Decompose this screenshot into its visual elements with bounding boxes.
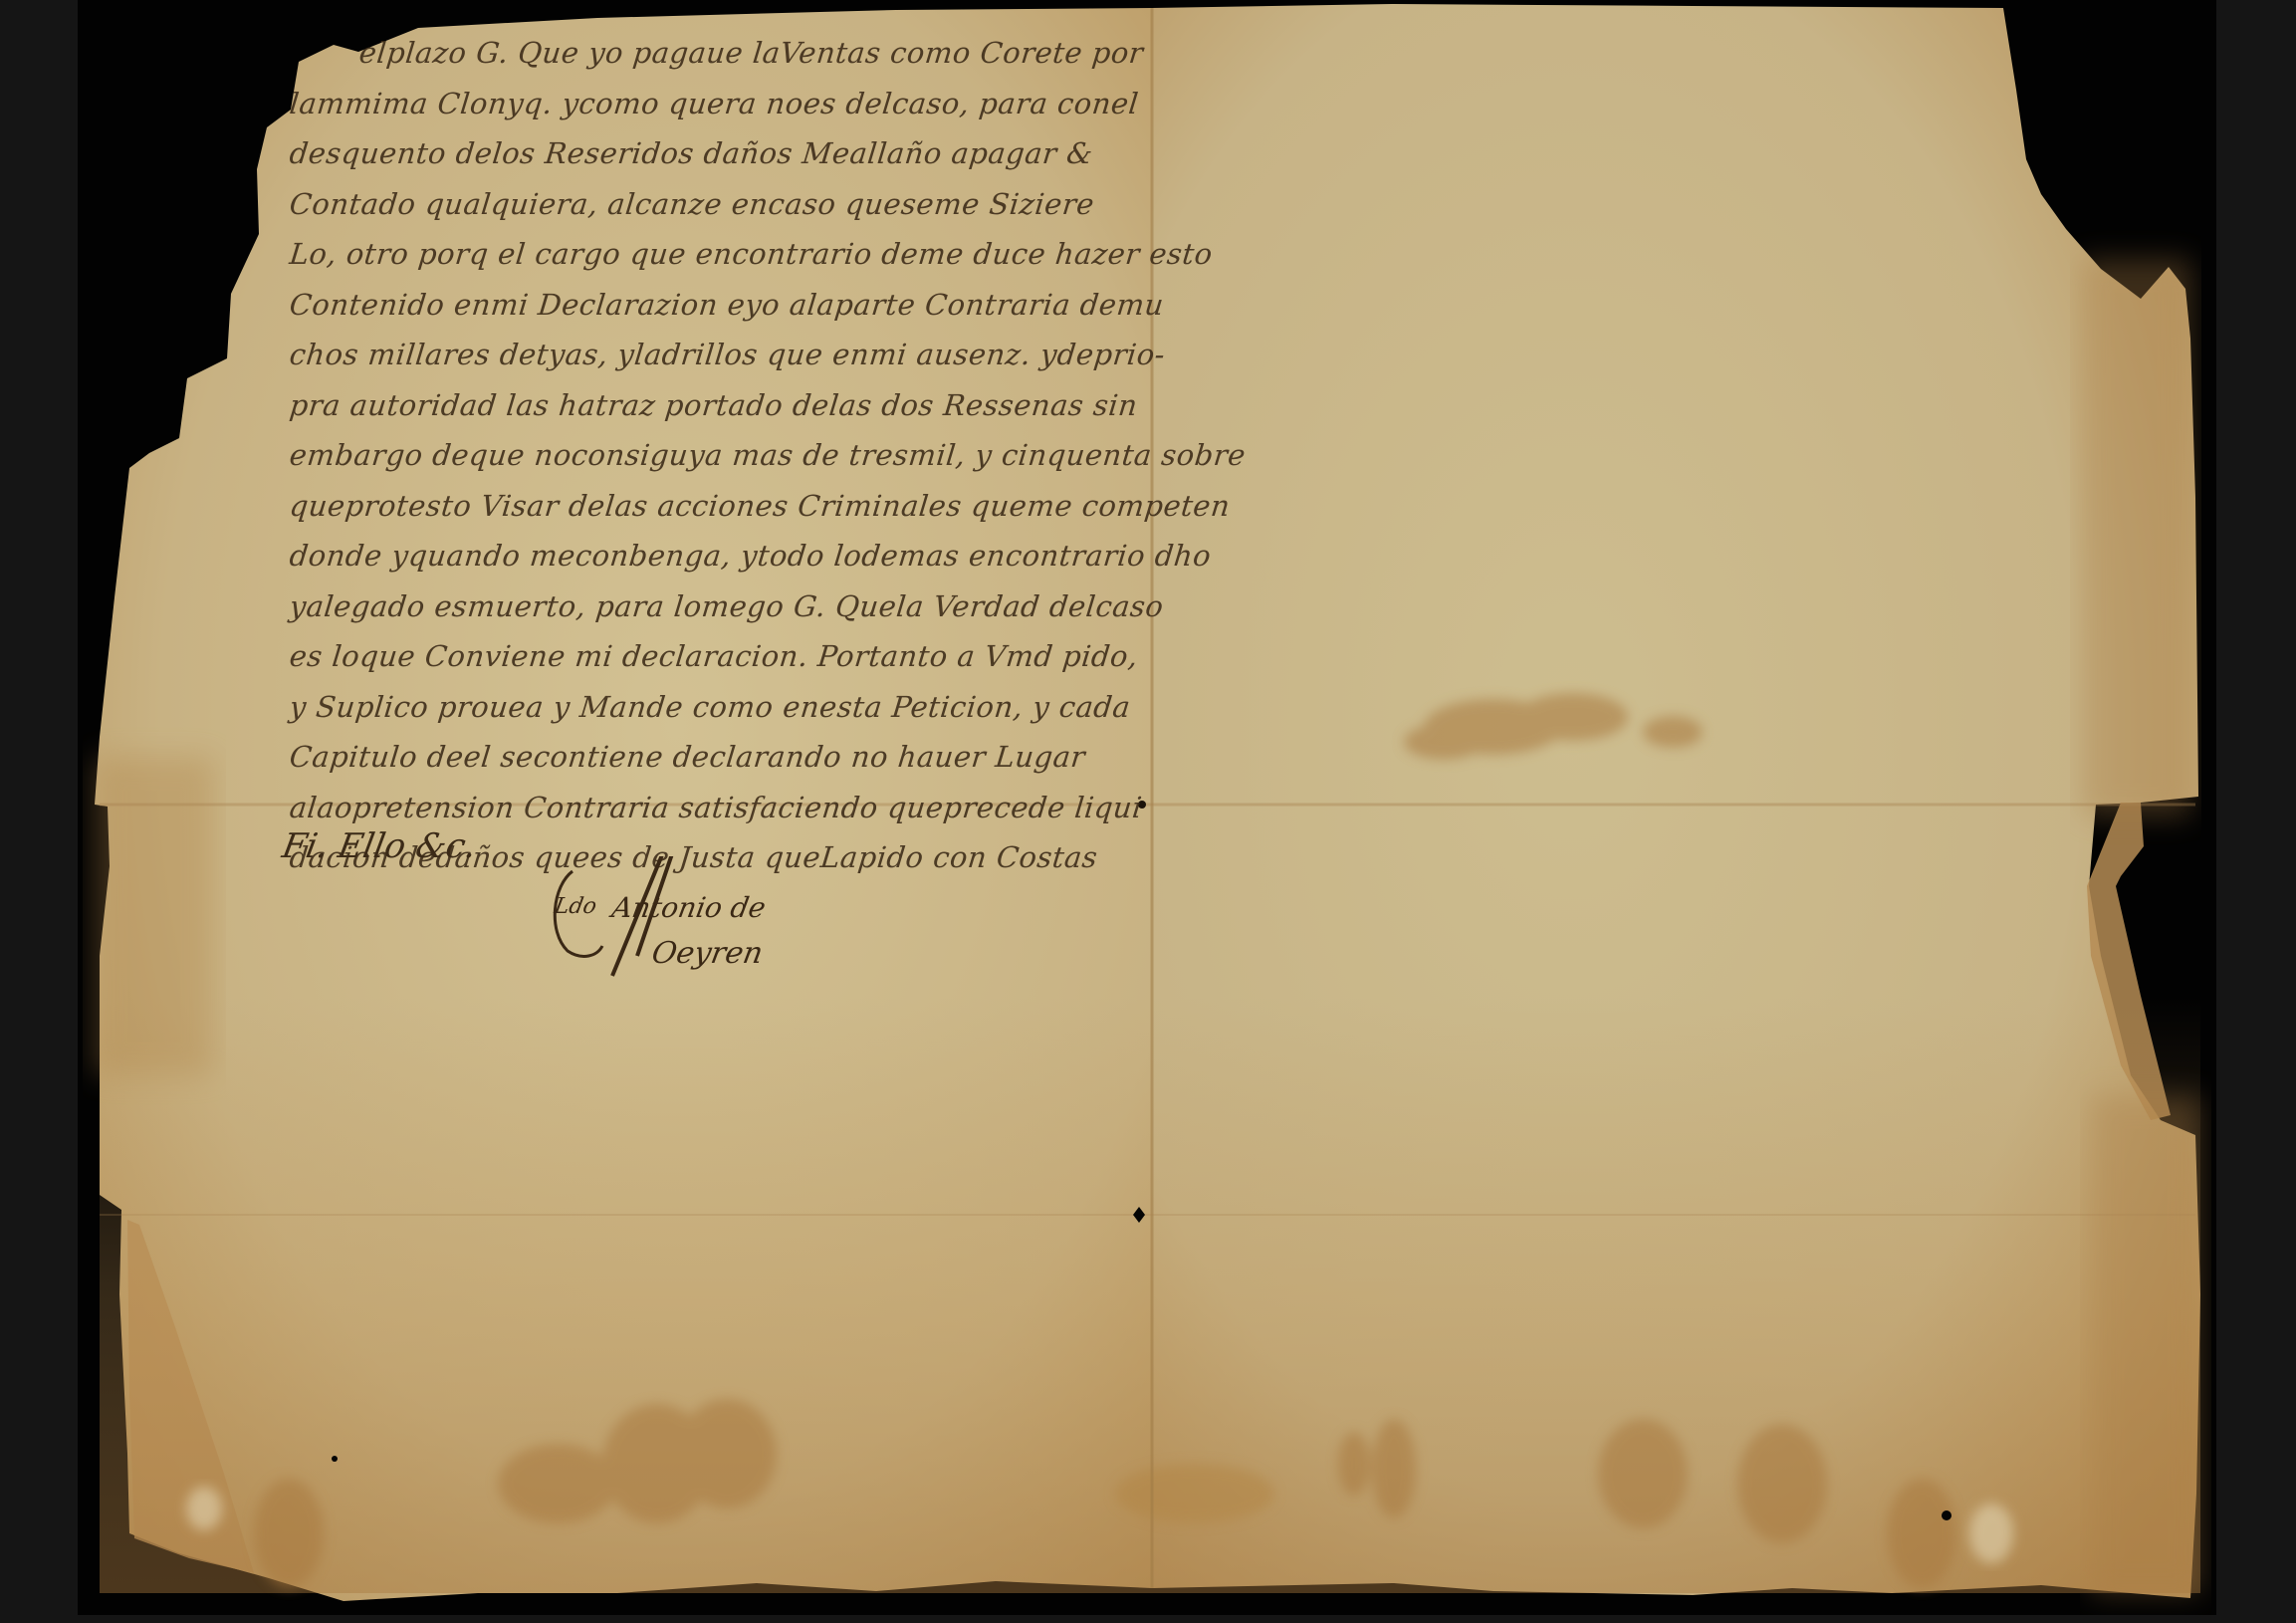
text-line-11: donde yquando meconbenga, ytodo lodemas …: [286, 539, 1147, 589]
text-line-6: Contenido enmi Declarazion eyo alaparte …: [286, 288, 1147, 339]
text-line-3: desquento delos Reseridos daños Meallaño…: [286, 136, 1147, 187]
text-line-9: embargo deque noconsiguya mas de tresmil…: [286, 438, 1147, 489]
signature-name-2: Oeyren: [649, 936, 766, 971]
text-line-1: elplazo G. Que yo pagaue laVentas como C…: [286, 36, 1147, 87]
text-line-4: Contado qualquiera, alcanze encaso quese…: [286, 187, 1147, 238]
text-line-7: chos millares detyas, yladrillos que enm…: [286, 338, 1147, 388]
text-line-15: Capitulo deel secontiene declarando no h…: [286, 740, 1147, 791]
text-line-2: lammima Clonyq. ycomo quera noes delcaso…: [286, 87, 1147, 137]
scan-viewport: elplazo G. Que yo pagaue laVentas como C…: [78, 0, 2216, 1615]
manuscript-text: elplazo G. Que yo pagaue laVentas como C…: [289, 36, 1145, 891]
text-line-13: es loque Conviene mi declaracion. Portan…: [286, 639, 1147, 690]
text-line-10: queprotesto Visar delas acciones Crimina…: [286, 489, 1147, 540]
signature-name-1: Antonio de: [609, 891, 768, 924]
closing-formula: Fi. Ello &c.: [279, 826, 479, 866]
signature-flourish: [543, 856, 802, 1006]
text-line-12: yalegado esmuerto, para lomego G. Quela …: [286, 589, 1147, 640]
signature-prefix: Ldo: [553, 894, 598, 919]
text-line-14: y Suplico prouea y Mande como enesta Pet…: [286, 690, 1147, 741]
signature: Ldo Antonio de Oeyren: [543, 856, 802, 1006]
text-line-5: Lo, otro porq el cargo que encontrario d…: [286, 237, 1147, 288]
text-line-8: pra autoridad las hatraz portado delas d…: [286, 388, 1147, 439]
